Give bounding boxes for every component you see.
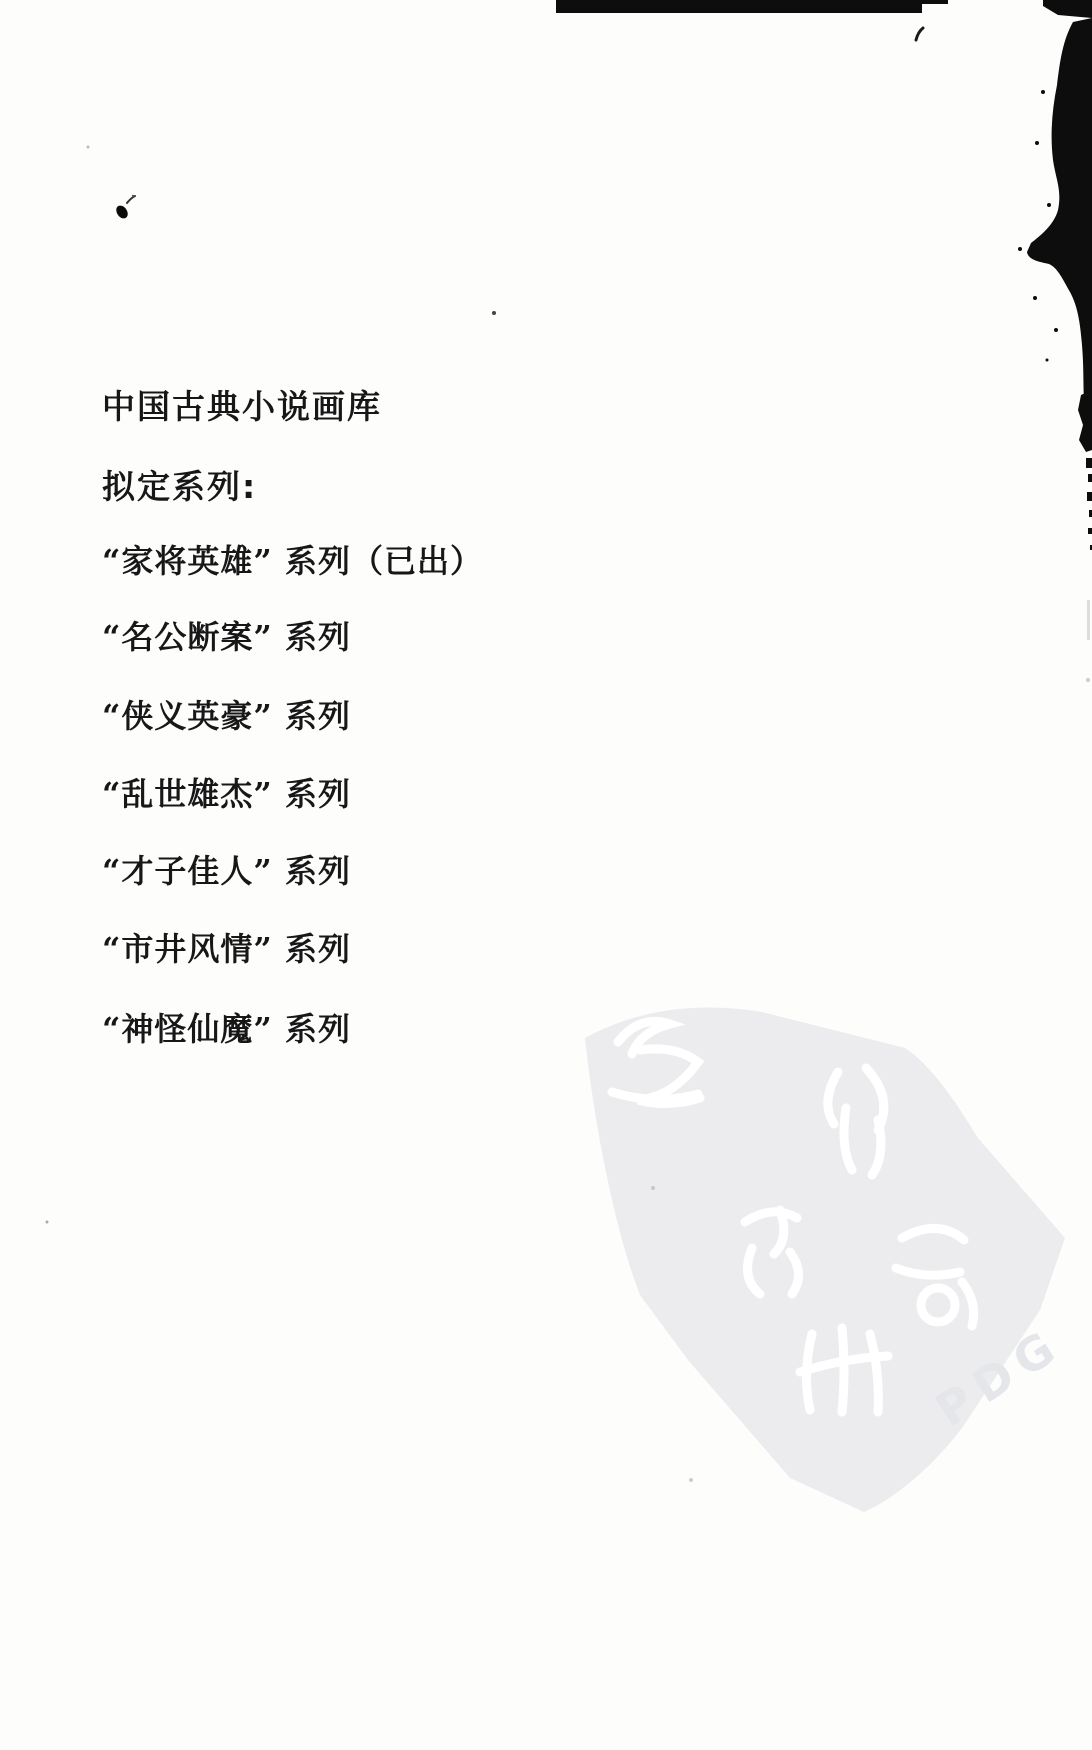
top-edge-scan-bar <box>556 0 922 13</box>
scan-specks <box>46 146 1091 1483</box>
scan-tick-mark <box>916 28 923 40</box>
series-item: “神怪仙魔” 系列 <box>102 1011 351 1048</box>
ink-blot <box>114 195 135 221</box>
series-item: “才子佳人” 系列 <box>102 853 351 890</box>
series-item: “侠义英豪” 系列 <box>102 698 351 735</box>
pdg-watermark-text: PDG <box>926 1316 1073 1437</box>
series-item: “乱世雄杰” 系列 <box>102 776 351 813</box>
book-page: 中国古典小说画库 拟定系列: “家将英雄” 系列（已出） “名公断案” 系列 “… <box>0 0 1092 1750</box>
watermark-blob <box>585 1008 1065 1512</box>
planned-series-heading: 拟定系列: <box>102 468 257 506</box>
right-edge-scan-marks <box>1027 18 1092 405</box>
scan-artifacts <box>46 0 1092 1482</box>
page-title: 中国古典小说画库 <box>102 388 382 426</box>
series-item: “市井风情” 系列 <box>102 931 351 968</box>
series-item: “名公断案” 系列 <box>102 619 351 656</box>
series-item: “家将英雄” 系列（已出） <box>102 543 483 580</box>
seal-script-marks <box>612 1021 974 1412</box>
watermark: PDG <box>585 1008 1073 1512</box>
